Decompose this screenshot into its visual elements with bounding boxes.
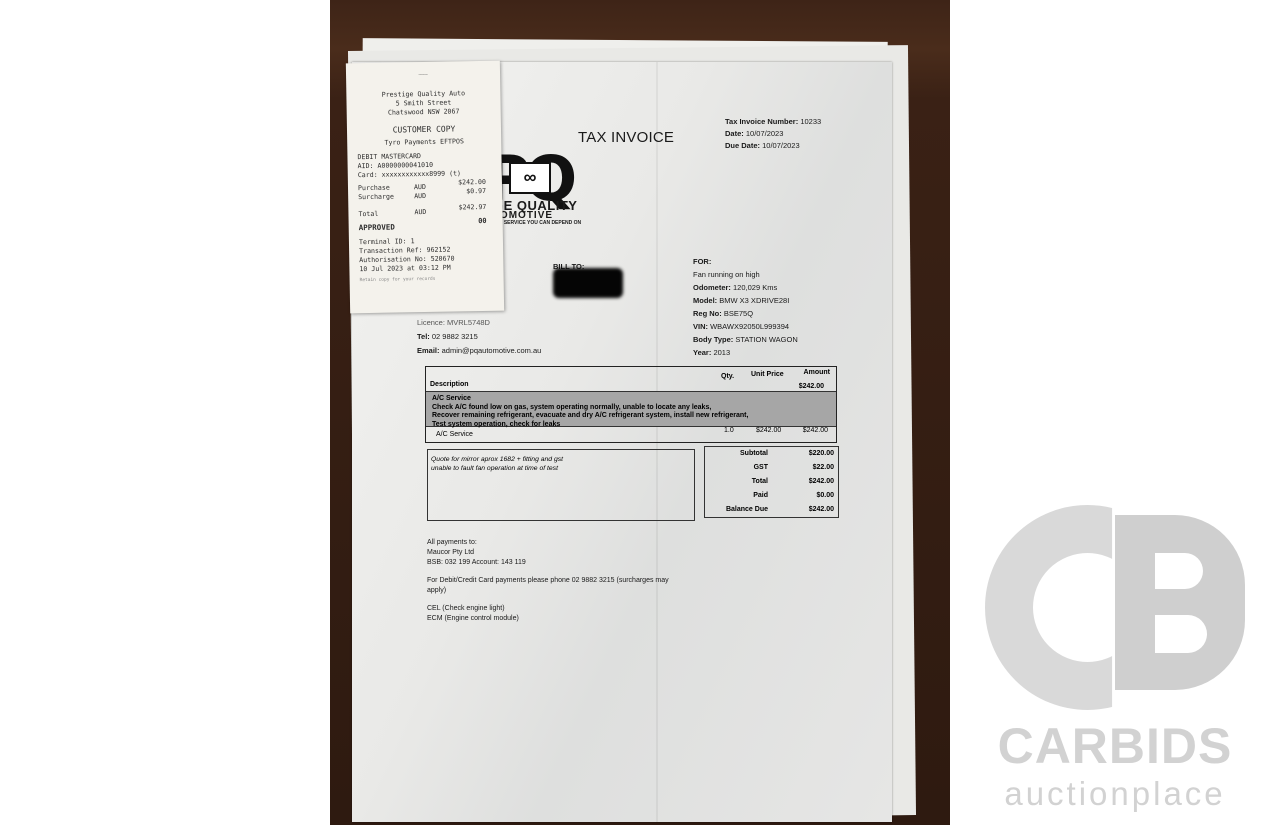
totals-row: Total$242.00 [705,478,838,492]
watermark-sub: auctionplace [975,775,1255,813]
totals-label: Paid [753,492,768,499]
receipt-total-currency: AUD [414,208,426,216]
tel-label: Tel: [417,332,430,341]
company-licence: Licence: MVRL5748D [417,316,541,330]
receipt-terminal: Terminal ID: 1 [359,237,415,246]
company-contact: Licence: MVRL5748D Tel: 02 9882 3215 Ema… [417,316,541,358]
redacted-customer [553,268,623,298]
field-label: Year: [693,348,711,357]
receipt-mark: ——— [346,71,500,80]
invoice-meta: Tax Invoice Number: 10233 Date: 10/07/20… [725,116,821,152]
receipt-line-label: Purchase [358,184,390,193]
payee: Maucor Pty Ltd [427,548,669,558]
field-label: Body Type: [693,335,733,344]
invoice-number-label: Tax Invoice Number: [725,117,798,126]
item-group-description: A/C Service Check A/C found low on gas, … [426,391,836,427]
receipt-card: Card: xxxxxxxxxxxx8999 (t) [358,169,461,179]
items-header: Description Qty. Unit Price Amount $242.… [426,367,836,391]
receipt-status: APPROVED [359,223,395,233]
watermark-b-letter [1115,515,1245,690]
company-tel: 02 9882 3215 [432,332,478,341]
abbreviation: CEL (Check engine light) [427,604,669,614]
email-label: Email: [417,346,440,355]
vehicle-field: Year: 2013 [693,346,798,359]
vehicle-field: Odometer: 120,029 Kms [693,281,798,294]
bank-details: BSB: 032 199 Account: 143 119 [427,558,669,568]
field-value: BMW X3 XDRIVE28I [719,296,789,305]
group-line: Check A/C found low on gas, system opera… [432,404,830,413]
eftpos-receipt: ——— Prestige Quality Auto 5 Smith Street… [346,61,504,314]
receipt-provider: Tyro Payments EFTPOS [347,137,501,148]
col-unit-price: Unit Price [751,371,784,378]
vehicle-field: Body Type: STATION WAGON [693,333,798,346]
receipt-datetime: 10 Jul 2023 at 03:12 PM [359,264,450,274]
col-description: Description [430,381,469,388]
payment-footer: All payments to: Maucor Pty Ltd BSB: 032… [427,538,669,624]
totals-value: $22.00 [813,464,834,471]
col-amount: Amount [804,369,830,376]
card-note-cont: apply) [427,586,669,596]
receipt-aid: AID: A0000000041010 [358,161,434,170]
group-amount: $242.00 [799,383,824,390]
watermark-brand: CARBIDS [975,717,1255,775]
field-value: 120,029 Kms [733,283,777,292]
receipt-card-type: DEBIT MASTERCARD [357,152,421,161]
complaint: Fan running on high [693,268,798,281]
totals-box: Subtotal$220.00 GST$22.00 Total$242.00 P… [704,446,839,518]
col-qty: Qty. [721,373,734,380]
totals-label: Total [752,478,768,485]
row-amount: $242.00 [803,427,828,434]
chain-link-icon: ∞ [509,162,551,194]
totals-label: Balance Due [726,506,768,513]
totals-row: Balance Due$242.00 [705,506,838,520]
receipt-transaction-ref: Transaction Ref: 962152 [359,246,450,256]
field-value: 2013 [713,348,730,357]
receipt-address: Chatswood NSW 2067 [347,107,501,118]
receipt-total: $242.97 [458,203,486,211]
group-line: A/C Service [432,395,830,404]
receipt-line-currency: AUD [414,192,426,200]
receipt-line-currency: AUD [414,183,426,191]
receipt-total-label: Total [358,210,378,218]
totals-row: Subtotal$220.00 [705,450,838,464]
totals-value: $242.00 [809,478,834,485]
items-table: Description Qty. Unit Price Amount $242.… [425,366,837,443]
group-line: Recover remaining refrigerant, evacuate … [432,412,830,421]
carbids-watermark: CARBIDS auctionplace [975,505,1255,815]
row-description: A/C Service [436,431,473,438]
field-label: VIN: [693,322,708,331]
totals-row: Paid$0.00 [705,492,838,506]
for-label: FOR: [693,257,711,266]
field-label: Reg No: [693,309,722,318]
totals-label: GST [754,464,768,471]
receipt-auth-no: Authorisation No: 520670 [359,254,454,264]
totals-value: $242.00 [809,506,834,513]
totals-row: GST$22.00 [705,464,838,478]
vehicle-field: VIN: WBAWX92050L999394 [693,320,798,333]
receipt-line-amount: $242.00 [458,178,486,186]
receipt-retain-note: Retain copy for your records [360,277,436,283]
totals-value: $220.00 [809,450,834,457]
logo-tagline: ST - SERVICE YOU CAN DEPEND ON [493,220,581,226]
receipt-line-amount: $0.97 [466,187,486,195]
receipt-line-label: Surcharge [358,193,394,202]
invoice-notes: Quote for mirror aprox 1682 + fitting an… [427,449,695,521]
receipt-response-code: 00 [478,217,487,225]
payments-to: All payments to: [427,538,669,548]
abbreviation: ECM (Engine control module) [427,614,669,624]
vehicle-field: Model: BMW X3 XDRIVE28I [693,294,798,307]
row-unit-price: $242.00 [756,427,781,434]
field-value: WBAWX92050L999394 [710,322,789,331]
invoice-due-date: 10/07/2023 [762,141,800,150]
field-value: STATION WAGON [735,335,797,344]
company-email: admin@pqautomotive.com.au [442,346,542,355]
note-line: unable to fault fan operation at time of… [431,464,691,473]
field-value: BSE75Q [724,309,753,318]
totals-label: Subtotal [740,450,768,457]
invoice-due-label: Due Date: [725,141,760,150]
invoice-number: 10233 [800,117,821,126]
card-note: For Debit/Credit Card payments please ph… [427,576,669,586]
field-label: Model: [693,296,717,305]
table-row: A/C Service 1.0 $242.00 $242.00 [426,427,836,442]
receipt-copy-type: CUSTOMER COPY [347,124,501,136]
invoice-date-label: Date: [725,129,744,138]
invoice-title: TAX INVOICE [578,129,674,146]
vehicle-field: Reg No: BSE75Q [693,307,798,320]
invoice-date: 10/07/2023 [746,129,784,138]
vehicle-details: FOR: Fan running on high Odometer: 120,0… [693,255,798,359]
totals-value: $0.00 [816,492,834,499]
note-line: Quote for mirror aprox 1682 + fitting an… [431,455,691,464]
row-qty: 1.0 [724,427,734,434]
field-label: Odometer: [693,283,731,292]
